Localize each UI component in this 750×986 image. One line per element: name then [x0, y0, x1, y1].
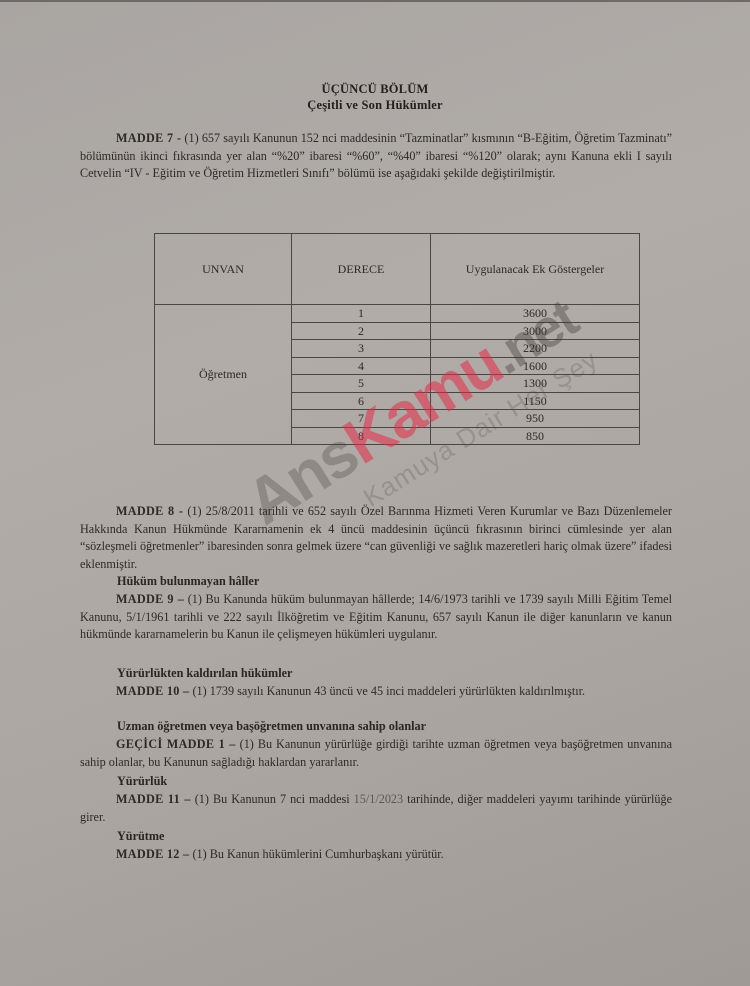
derece-cell: 5	[292, 375, 431, 393]
ek-gosterge-table: UNVAN DERECE Uygulanacak Ek Göstergeler …	[154, 233, 640, 445]
madde-12-heading: Yürütme	[117, 829, 164, 844]
ek-gosterge-cell: 1600	[431, 357, 640, 375]
derece-cell: 2	[292, 322, 431, 340]
madde-10: MADDE 10 – (1) 1739 sayılı Kanunun 43 ün…	[80, 683, 672, 701]
madde-12-text: (1) Bu Kanun hükümlerini Cumhurbaşkanı y…	[189, 847, 443, 861]
header-derece: DERECE	[292, 234, 431, 305]
madde-9-heading: Hüküm bulunmayan hâller	[117, 574, 259, 589]
header-unvan: UNVAN	[155, 234, 292, 305]
madde-11-text-before: (1) Bu Kanunun 7 nci maddesi	[191, 792, 354, 806]
ek-gosterge-cell: 850	[431, 427, 640, 445]
derece-cell: 6	[292, 392, 431, 410]
derece-cell: 1	[292, 305, 431, 323]
ek-gosterge-cell: 1300	[431, 375, 640, 393]
table-header-row: UNVAN DERECE Uygulanacak Ek Göstergeler	[155, 234, 640, 305]
ek-gosterge-cell: 950	[431, 410, 640, 428]
gecici-1-heading: Uzman öğretmen veya başöğretmen unvanına…	[117, 719, 426, 734]
derece-cell: 3	[292, 340, 431, 358]
gecici-1-lead: GEÇİCİ MADDE 1 –	[116, 737, 236, 751]
madde-9: MADDE 9 – (1) Bu Kanunda hüküm bulunmaya…	[80, 591, 672, 644]
madde-10-heading: Yürürlükten kaldırılan hükümler	[117, 666, 292, 681]
ek-gosterge-cell: 2200	[431, 340, 640, 358]
ek-gosterge-cell: 1150	[431, 392, 640, 410]
derece-cell: 7	[292, 410, 431, 428]
madde-8-lead: MADDE 8 -	[116, 504, 183, 518]
madde-7: MADDE 7 - (1) 657 sayılı Kanunun 152 nci…	[80, 130, 672, 183]
ek-gosterge-cell: 3600	[431, 305, 640, 323]
ek-gosterge-cell: 3000	[431, 322, 640, 340]
madde-12-lead: MADDE 12 –	[116, 847, 189, 861]
header-ek-gosterge: Uygulanacak Ek Göstergeler	[431, 234, 640, 305]
document-page: ÜÇÜNCÜ BÖLÜM Çeşitli ve Son Hükümler MAD…	[0, 0, 750, 986]
madde-11: MADDE 11 – (1) Bu Kanunun 7 nci maddesi …	[80, 791, 672, 826]
derece-cell: 4	[292, 357, 431, 375]
madde-10-lead: MADDE 10 –	[116, 684, 189, 698]
unvan-cell: Öğretmen	[155, 305, 292, 445]
section-title: ÜÇÜNCÜ BÖLÜM	[0, 82, 750, 97]
madde-11-date: 15/1/2023	[354, 792, 403, 806]
gecici-madde-1: GEÇİCİ MADDE 1 – (1) Bu Kanunun yürürlüğ…	[80, 736, 672, 771]
madde-11-lead: MADDE 11 –	[116, 792, 191, 806]
madde-12: MADDE 12 – (1) Bu Kanun hükümlerini Cumh…	[80, 846, 672, 864]
madde-7-lead: MADDE 7 -	[116, 131, 181, 145]
section-subtitle: Çeşitli ve Son Hükümler	[0, 98, 750, 113]
madde-10-text: (1) 1739 sayılı Kanunun 43 üncü ve 45 in…	[189, 684, 585, 698]
madde-9-lead: MADDE 9 –	[116, 592, 184, 606]
madde-8: MADDE 8 - (1) 25/8/2011 tarihli ve 652 s…	[80, 503, 672, 573]
table-row: Öğretmen13600	[155, 305, 640, 323]
madde-11-heading: Yürürlük	[117, 774, 167, 789]
derece-cell: 8	[292, 427, 431, 445]
